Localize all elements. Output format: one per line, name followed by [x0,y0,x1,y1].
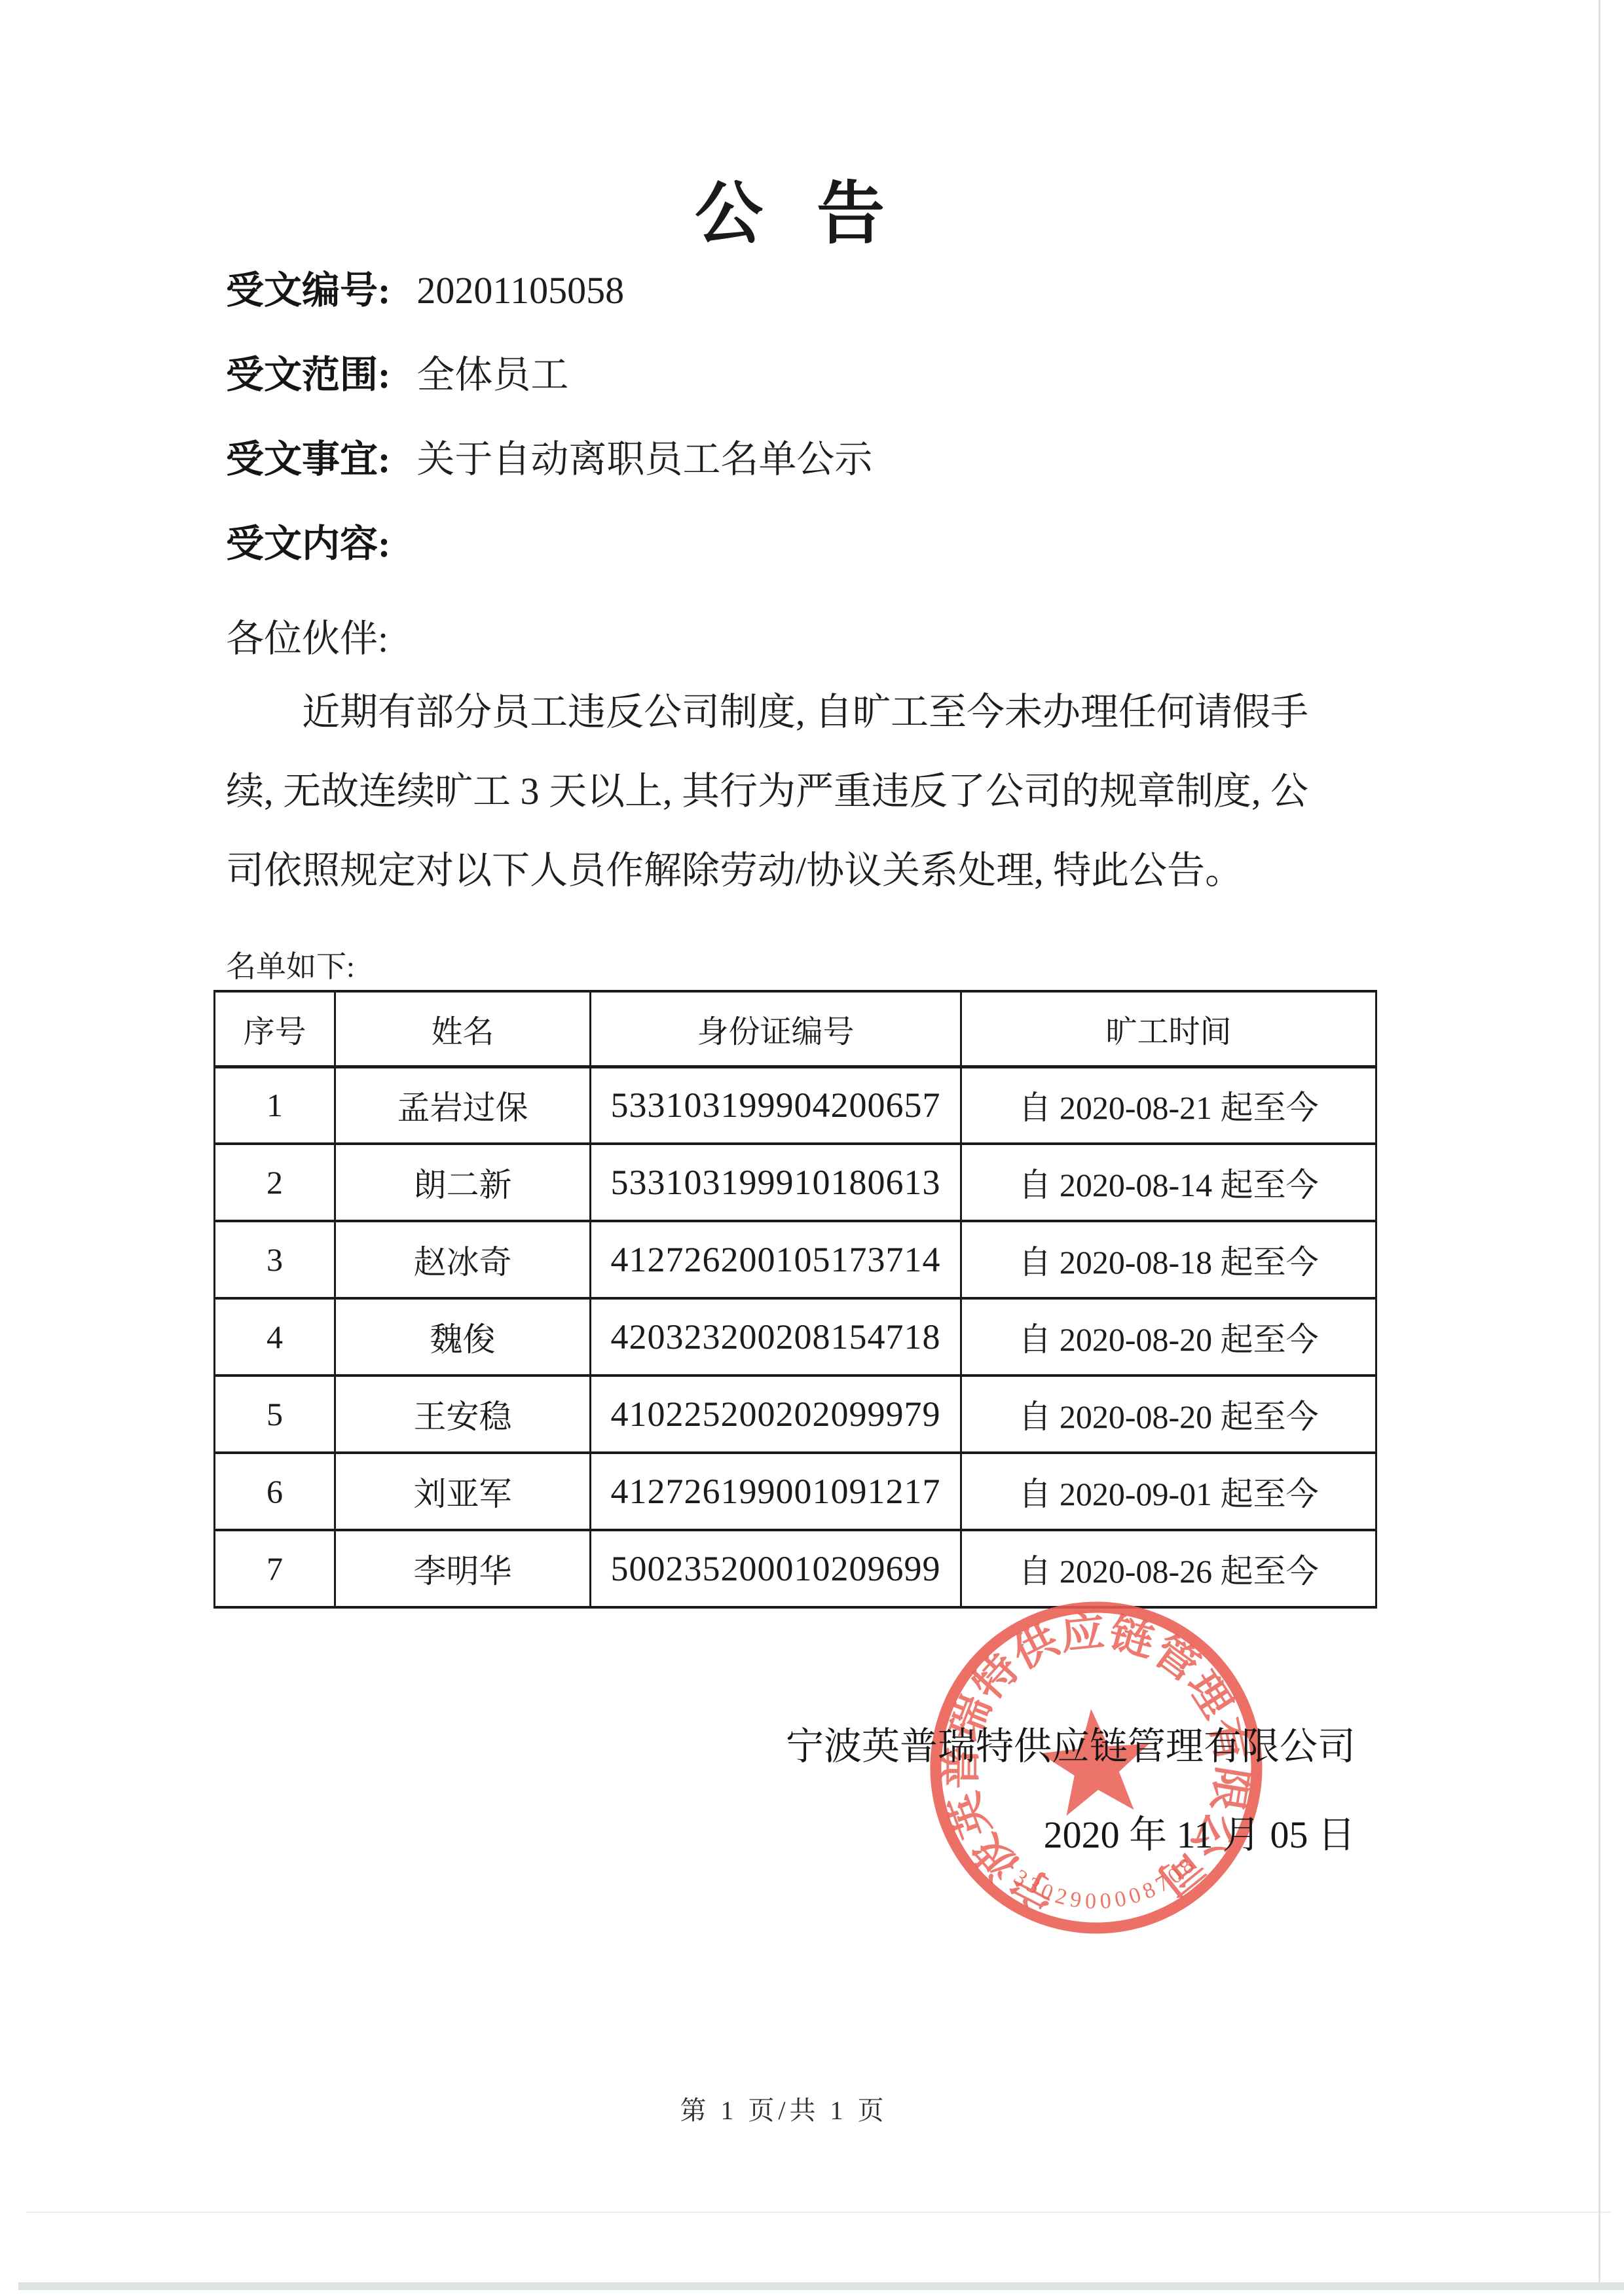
cell-index: 2 [215,1144,335,1221]
table-row: 5 王安稳 410225200202099979 自 2020-08-20 起至… [215,1376,1376,1453]
table-row: 1 孟岩过保 533103199904200657 自 2020-08-21 起… [215,1066,1376,1144]
cell-absence: 自 2020-08-14 起至今 [961,1144,1376,1221]
scan-edge-right [1598,0,1600,2286]
cell-index: 4 [215,1298,335,1376]
cell-name: 赵冰奇 [335,1221,591,1298]
cell-absence: 自 2020-08-20 起至今 [961,1298,1376,1376]
table-row: 2 朗二新 533103199910180613 自 2020-08-14 起至… [215,1144,1376,1221]
scan-edge-bottom [18,2282,1624,2290]
col-header-absence: 旷工时间 [961,991,1376,1066]
cell-id: 533103199904200657 [591,1066,961,1144]
signature-date: 2020 年 11 月 05 日 [589,1804,1356,1859]
cell-id: 412726200105173714 [591,1221,961,1298]
body-paragraph: 近期有部分员工违反公司制度, 自旷工至今未办理任何请假手 续, 无故连续旷工 3… [226,686,1376,924]
cell-name: 朗二新 [335,1144,591,1221]
cell-name: 刘亚军 [335,1453,591,1530]
cell-index: 5 [215,1376,335,1453]
cell-absence: 自 2020-09-01 起至今 [961,1453,1376,1530]
cell-absence: 自 2020-08-21 起至今 [961,1066,1376,1144]
cell-id: 412726199001091217 [591,1453,961,1530]
col-header-index: 序号 [215,991,335,1066]
cell-name: 王安稳 [335,1376,591,1453]
cell-id: 533103199910180613 [591,1144,961,1221]
page-number-footer: 第 1 页/共 1 页 [0,2090,1568,2127]
cell-index: 6 [215,1453,335,1530]
table-row: 6 刘亚军 412726199001091217 自 2020-09-01 起至… [215,1453,1376,1530]
cell-index: 7 [215,1530,335,1607]
table-row: 4 魏俊 420323200208154718 自 2020-08-20 起至今 [215,1298,1376,1376]
meta-line-doc-subject: 受文事宜:关于自动离职员工名单公示 [226,436,1378,520]
doc-number-label: 受文编号: [226,269,390,312]
cell-index: 1 [215,1066,335,1144]
doc-content-label: 受文内容: [226,522,390,565]
cell-name: 李明华 [335,1530,591,1607]
col-header-id: 身份证编号 [591,991,961,1066]
body-line: 司依照规定对以下人员作解除劳动/协议关系处理, 特此公告。 [226,845,1376,924]
meta-line-doc-content: 受文内容: [226,520,1378,605]
cell-id: 500235200010209699 [591,1530,961,1607]
cell-name: 魏俊 [335,1298,591,1376]
doc-scope-label: 受文范围: [226,354,390,396]
cell-id: 410225200202099979 [591,1376,961,1453]
meta-block: 受文编号:20201105058 受文范围:全体员工 受文事宜:关于自动离职员工… [226,267,1378,605]
cell-name: 孟岩过保 [335,1066,591,1144]
list-intro: 名单如下: [226,943,355,986]
salutation: 各位伙伴: [226,608,388,663]
cell-absence: 自 2020-08-20 起至今 [961,1376,1376,1453]
signature-company: 宁波英普瑞特供应链管理有限公司 [589,1715,1356,1770]
meta-line-doc-scope: 受文范围:全体员工 [226,352,1378,436]
doc-scope-value: 全体员工 [416,354,568,396]
scan-artifact-line [26,2212,1611,2213]
announcement-document: 公 告 受文编号:20201105058 受文范围:全体员工 受文事宜:关于自动… [0,0,1624,2296]
meta-line-doc-number: 受文编号:20201105058 [226,267,1378,352]
dismissed-employees-table: 序号 姓名 身份证编号 旷工时间 1 孟岩过保 5331031999042006… [213,990,1377,1609]
doc-subject-value: 关于自动离职员工名单公示 [416,438,872,481]
doc-number-value: 20201105058 [416,269,624,312]
body-line: 续, 无故连续旷工 3 天以上, 其行为严重违反了公司的规章制度, 公 [226,765,1376,845]
cell-absence: 自 2020-08-18 起至今 [961,1221,1376,1298]
doc-subject-label: 受文事宜: [226,438,390,481]
table-header-row: 序号 姓名 身份证编号 旷工时间 [215,991,1376,1066]
col-header-name: 姓名 [335,991,591,1066]
page-title: 公 告 [0,158,1598,257]
body-line: 近期有部分员工违反公司制度, 自旷工至今未办理任何请假手 [226,686,1376,765]
cell-id: 420323200208154718 [591,1298,961,1376]
table-row: 3 赵冰奇 412726200105173714 自 2020-08-18 起至… [215,1221,1376,1298]
cell-index: 3 [215,1221,335,1298]
